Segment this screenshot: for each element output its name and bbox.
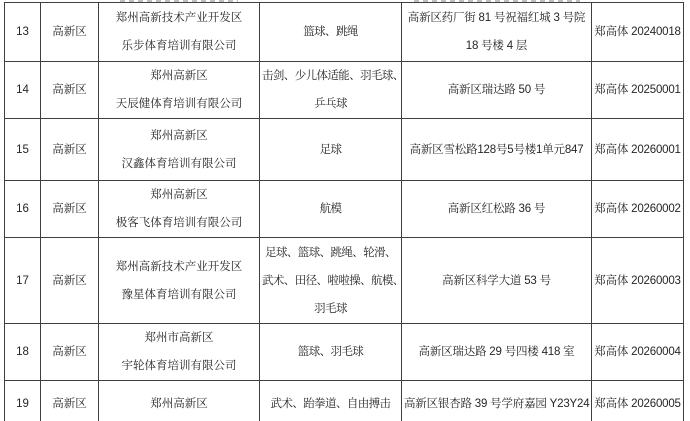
cell-line: 高新区红松路 36 号 [404,195,589,223]
cell-line: 高新区银杏路 39 号学府嘉园 Y23Y24 [404,390,589,418]
cell-district: 高新区 [41,119,99,181]
table-row: 14高新区郑州高新区天辰健体育培训有限公司击剑、少儿体适能、羽毛球、乒乓球高新区… [5,62,684,119]
cell-line: 高新区药厂街 81 号祝福红城 3 号院 [404,4,589,32]
cell-no: 18 [5,324,41,381]
cell-line: 郑高体 20260004 [594,338,681,366]
cell-code: 郑高体 20260002 [592,181,684,238]
cell-sports: 武术、跆拳道、自由搏击 [260,381,402,421]
cell-line: 郑州高新技术产业开发区 [101,4,257,32]
training-institutions-table: 13高新区郑州高新技术产业开发区乐步体育培训有限公司篮球、跳绳高新区药厂街 81… [4,2,684,421]
cell-line: 高新区瑞达路 50 号 [404,76,589,104]
cell-address: 高新区药厂街 81 号祝福红城 3 号院18 号楼 4 层 [402,3,592,62]
cell-line: 17 [7,267,38,295]
cell-line: 高新区雪松路128号5号楼1单元847 [404,136,589,164]
cell-sports: 篮球、跳绳 [260,3,402,62]
cell-line: 郑州高新区 [101,122,257,150]
cell-line: 郑州高新区 [101,390,257,418]
cell-name: 郑州高新技术产业开发区豫星体育培训有限公司 [99,238,260,324]
cell-line: 篮球、跳绳 [262,18,399,46]
cell-line: 羽毛球 [262,295,399,323]
cell-address: 高新区瑞达路 50 号 [402,62,592,119]
cell-name: 郑州高新技术产业开发区乐步体育培训有限公司 [99,3,260,62]
cell-line: 武术、跆拳道、自由搏击 [262,390,399,418]
cell-line: 航模 [262,195,399,223]
cell-name: 郑州高新区 [99,381,260,421]
cell-name: 郑州高新区汉鑫体育培训有限公司 [99,119,260,181]
cell-line: 郑州高新区 [101,62,257,90]
table-row: 13高新区郑州高新技术产业开发区乐步体育培训有限公司篮球、跳绳高新区药厂街 81… [5,3,684,62]
cell-code: 郑高体 20260001 [592,119,684,181]
cell-line: 15 [7,136,38,164]
cell-code: 郑高体 20260003 [592,238,684,324]
cell-line: 郑高体 20260005 [594,390,681,418]
table-row: 17高新区郑州高新技术产业开发区豫星体育培训有限公司足球、篮球、跳绳、轮滑、武术… [5,238,684,324]
cell-line: 18 [7,338,38,366]
cell-line: 19 [7,390,38,418]
cell-code: 郑高体 20240018 [592,3,684,62]
cell-no: 13 [5,3,41,62]
cell-address: 高新区银杏路 39 号学府嘉园 Y23Y24 [402,381,592,421]
cell-line: 宇轮体育培训有限公司 [101,352,257,380]
cell-district: 高新区 [41,62,99,119]
cell-line: 郑州市高新区 [101,324,257,352]
cell-line: 高新区科学大道 53 号 [404,267,589,295]
table-row: 16高新区郑州高新区极客飞体育培训有限公司航模高新区红松路 36 号郑高体 20… [5,181,684,238]
cell-line: 13 [7,18,38,46]
table-row: 19高新区郑州高新区武术、跆拳道、自由搏击高新区银杏路 39 号学府嘉园 Y23… [5,381,684,421]
cell-district: 高新区 [41,324,99,381]
cell-name: 郑州市高新区宇轮体育培训有限公司 [99,324,260,381]
cell-address: 高新区雪松路128号5号楼1单元847 [402,119,592,181]
cell-code: 郑高体 20260005 [592,381,684,421]
cell-no: 16 [5,181,41,238]
cell-no: 17 [5,238,41,324]
table-row: 18高新区郑州市高新区宇轮体育培训有限公司篮球、羽毛球高新区瑞达路 29 号四楼… [5,324,684,381]
cell-district: 高新区 [41,238,99,324]
cell-line: 高新区 [43,390,96,418]
cell-line: 乒乓球 [262,90,399,118]
cell-line: 武术、田径、啦啦操、航模、 [262,267,399,295]
cell-line: 郑高体 20260003 [594,267,681,295]
cell-line: 郑高体 20260001 [594,136,681,164]
cell-no: 14 [5,62,41,119]
cell-line: 高新区 [43,18,96,46]
cell-line: 18 号楼 4 层 [404,32,589,60]
cell-name: 郑州高新区极客飞体育培训有限公司 [99,181,260,238]
cell-line: 14 [7,76,38,104]
cell-address: 高新区科学大道 53 号 [402,238,592,324]
cell-line: 高新区 [43,76,96,104]
cell-line: 高新区瑞达路 29 号四楼 418 室 [404,338,589,366]
cell-line: 高新区 [43,136,96,164]
cell-sports: 足球 [260,119,402,181]
cell-line: 乐步体育培训有限公司 [101,32,257,60]
table-body: 13高新区郑州高新技术产业开发区乐步体育培训有限公司篮球、跳绳高新区药厂街 81… [5,3,684,421]
cell-line: 16 [7,195,38,223]
cell-line: 极客飞体育培训有限公司 [101,209,257,237]
cell-line: 郑州高新区 [101,181,257,209]
cell-no: 15 [5,119,41,181]
cell-line: 高新区 [43,267,96,295]
cell-district: 高新区 [41,3,99,62]
cell-line: 豫星体育培训有限公司 [101,281,257,309]
cell-sports: 篮球、羽毛球 [260,324,402,381]
cell-line: 高新区 [43,195,96,223]
cell-line: 天辰健体育培训有限公司 [101,90,257,118]
cell-sports: 航模 [260,181,402,238]
cell-line: 汉鑫体育培训有限公司 [101,150,257,178]
cell-line: 郑州高新技术产业开发区 [101,253,257,281]
cell-address: 高新区红松路 36 号 [402,181,592,238]
cell-sports: 足球、篮球、跳绳、轮滑、武术、田径、啦啦操、航模、羽毛球 [260,238,402,324]
cell-line: 击剑、少儿体适能、羽毛球、 [262,62,399,90]
document-page: 13高新区郑州高新技术产业开发区乐步体育培训有限公司篮球、跳绳高新区药厂街 81… [0,0,690,421]
cell-line: 郑高体 20260002 [594,195,681,223]
cell-address: 高新区瑞达路 29 号四楼 418 室 [402,324,592,381]
cell-line: 篮球、羽毛球 [262,338,399,366]
cell-code: 郑高体 20250001 [592,62,684,119]
cell-sports: 击剑、少儿体适能、羽毛球、乒乓球 [260,62,402,119]
cell-line: 郑高体 20250001 [594,76,681,104]
cell-code: 郑高体 20260004 [592,324,684,381]
cell-name: 郑州高新区天辰健体育培训有限公司 [99,62,260,119]
cell-line: 高新区 [43,338,96,366]
cell-line: 足球、篮球、跳绳、轮滑、 [262,239,399,267]
cell-no: 19 [5,381,41,421]
table-row: 15高新区郑州高新区汉鑫体育培训有限公司足球高新区雪松路128号5号楼1单元84… [5,119,684,181]
cell-line: 足球 [262,136,399,164]
cell-district: 高新区 [41,381,99,421]
cell-line: 郑高体 20240018 [594,18,681,46]
cell-district: 高新区 [41,181,99,238]
